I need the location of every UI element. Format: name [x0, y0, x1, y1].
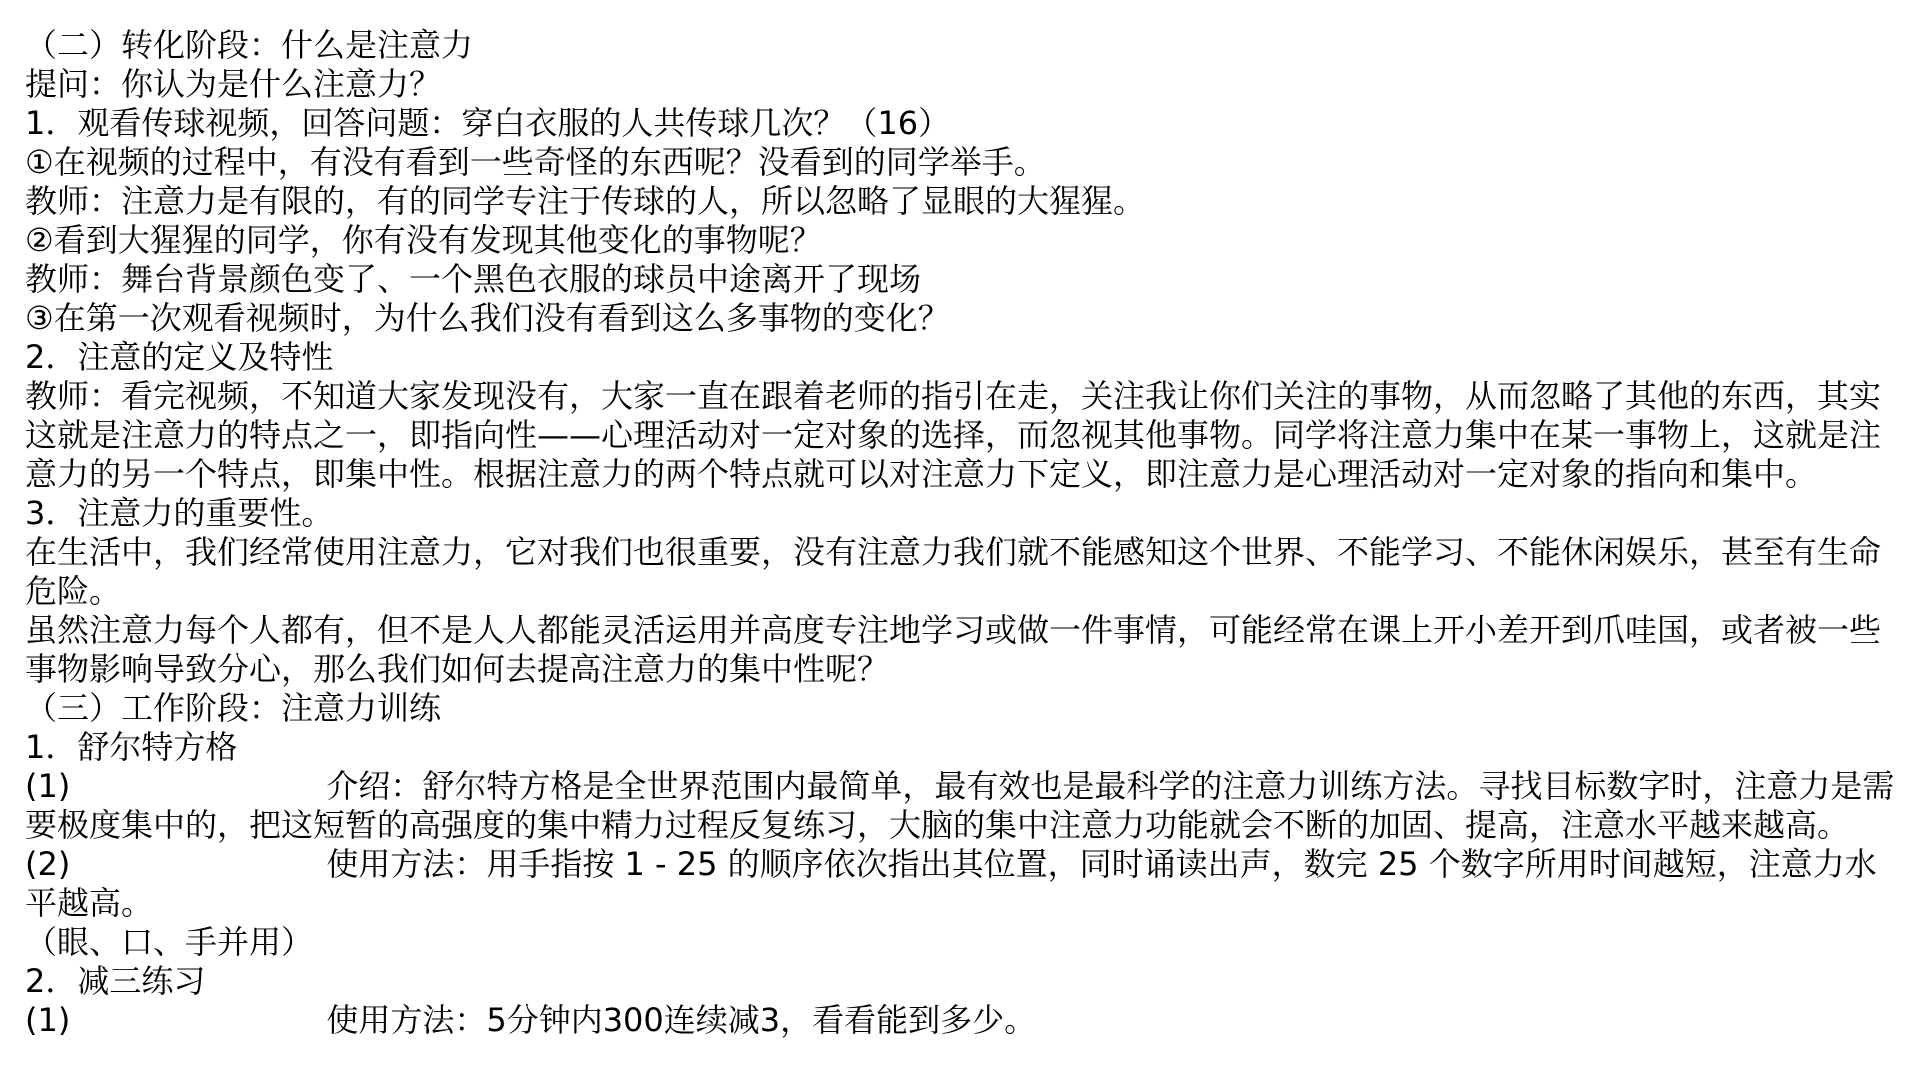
sub-question-3: ③在第一次观看视频时，为什么我们没有看到这么多事物的变化？: [25, 299, 1903, 338]
teacher-note-1: 教师：注意力是有限的，有的同学专注于传球的人，所以忽略了显眼的大猩猩。: [25, 182, 1903, 221]
eye-mouth-hand-note: （眼、口、手并用）: [25, 923, 1903, 962]
definition-paragraph: 教师：看完视频，不知道大家发现没有，大家一直在跟着老师的指引在走，关注我让你们关…: [25, 377, 1903, 494]
schulte-intro-paragraph: (1) 介绍：舒尔特方格是全世界范围内最简单，最有效也是最科学的注意力训练方法。…: [25, 767, 1903, 845]
document-body: （二）转化阶段：什么是注意力 提问：你认为是什么注意力？ 1．观看传球视频，回答…: [25, 26, 1903, 1040]
minus-three-usage: (1) 使用方法：5分钟内300连续减3，看看能到多少。: [25, 1001, 1903, 1040]
item-2-definition-heading: 2．注意的定义及特性: [25, 338, 1903, 377]
item-1-watch-video: 1．观看传球视频，回答问题：穿白衣服的人共传球几次？（16）: [25, 104, 1903, 143]
sub-question-1: ①在视频的过程中，有没有看到一些奇怪的东西呢？没看到的同学举手。: [25, 143, 1903, 182]
stage-2-heading: （二）转化阶段：什么是注意力: [25, 26, 1903, 65]
document-page: （二）转化阶段：什么是注意力 提问：你认为是什么注意力？ 1．观看传球视频，回答…: [0, 0, 1920, 1080]
sub-question-2: ②看到大猩猩的同学，你有没有发现其他变化的事物呢？: [25, 221, 1903, 260]
schulte-usage-paragraph: (2) 使用方法：用手指按 1 - 25 的顺序依次指出其位置，同时诵读出声，数…: [25, 845, 1903, 923]
question-prompt: 提问：你认为是什么注意力？: [25, 65, 1903, 104]
importance-paragraph: 在生活中，我们经常使用注意力，它对我们也很重要，没有注意力我们就不能感知这个世界…: [25, 533, 1903, 611]
schulte-grid-heading: 1．舒尔特方格: [25, 728, 1903, 767]
transition-paragraph: 虽然注意力每个人都有，但不是人人都能灵活运用并高度专注地学习或做一件事情，可能经…: [25, 611, 1903, 689]
minus-three-heading: 2．减三练习: [25, 962, 1903, 1001]
stage-3-heading: （三）工作阶段：注意力训练: [25, 689, 1903, 728]
item-3-importance-heading: 3．注意力的重要性。: [25, 494, 1903, 533]
teacher-note-2: 教师：舞台背景颜色变了、一个黑色衣服的球员中途离开了现场: [25, 260, 1903, 299]
